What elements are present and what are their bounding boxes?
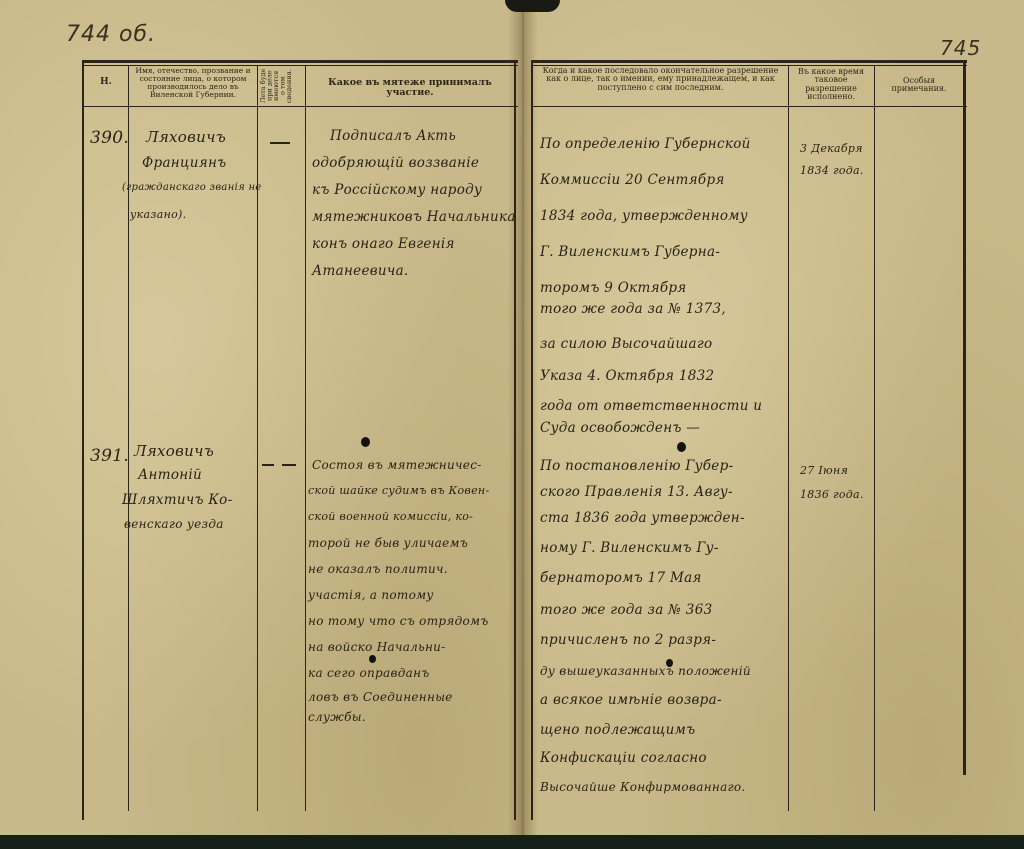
resolution-line: Указа 4. Октября 1832 [540,368,714,384]
name-line: указано). [130,208,186,221]
extra-dash [262,464,274,466]
participation-line: ловъ въ Соединенные [308,690,453,704]
header-rule-left [84,106,518,107]
participation-line: мятежниковъ Начальника [312,209,516,225]
resolution-line: По определенію Губернской [540,136,751,152]
resolution-line: года от ответственности и [540,398,762,414]
participation-line: торой не быв уличаемъ [308,536,468,550]
resolution-line: Конфискаціи согласно [540,750,707,766]
top-rule-left [84,60,518,63]
header-name: Имя, отечество, прозвание и состояние ли… [131,67,255,99]
resolution-line: ского Правленія 13. Авгу- [540,484,733,500]
resolution-line: По постановленію Губер- [540,458,733,474]
executed-line: 1834 года. [800,164,864,177]
extra-dash [270,142,290,144]
paper-hole [677,442,686,452]
participation-line: не оказалъ политич. [308,562,448,576]
left-page [0,0,522,835]
participation-line: участія, а потому [308,588,434,602]
paper-hole [361,437,370,447]
header-rule-right [533,106,967,107]
right-page [522,0,1024,835]
col-rule-no [128,66,129,811]
resolution-line: ному Г. Виленскимъ Гу- [540,540,719,556]
header-participation: Какое въ мятеже принималъ участие. [308,78,512,98]
row-number: 390. [90,128,129,148]
book-gutter [508,0,538,835]
participation-line: Подписалъ Акть [330,128,456,144]
col-rule-outer-left [82,60,84,820]
header-no: Н. [86,78,126,87]
paper-hole [369,655,376,663]
resolution-line: Коммиссіи 20 Сентября [540,172,725,188]
participation-line: на войско Начальни- [308,640,446,654]
header-notes: Особыя примечания. [876,77,962,94]
resolution-line: щено подлежащимъ [540,722,695,738]
name-line: венскаго уезда [124,517,224,531]
participation-line: къ Россійскому народу [312,182,482,198]
col-rule-inner-right [531,60,533,820]
resolution-line: а всякое имѣніе возвра- [540,692,722,708]
col-rule-participation [514,60,516,820]
resolution-line: того же года за № 363 [540,602,712,618]
name-line: Антоній [138,467,202,483]
participation-line: конъ онаго Евгенія [312,236,455,252]
col-rule-outer-right [963,60,966,775]
resolution-line: Высочайше Конфирмованнаго. [540,780,746,794]
col-rule-executed [874,66,875,811]
executed-line: 1836 года. [800,488,864,501]
participation-line: ка сего оправданъ [308,666,430,680]
resolution-line: бернаторомъ 17 Мая [540,570,702,586]
col-rule-extra [305,66,306,811]
scan-background [0,835,1024,849]
folio-right: 745 [940,36,981,60]
resolution-line: Суда освобожденъ — [540,420,700,436]
participation-line: Состоя въ мятежничес- [312,458,482,472]
name-line: Франциянъ [142,155,226,171]
resolution-line: за силою Высочайшаго [540,336,712,352]
book-spread: 744 об. 745 Н. Имя, отечество, прозвание… [0,0,1024,849]
row-number: 391. [90,446,129,466]
resolution-line: 1834 года, утвержденному [540,208,748,224]
top-rule-right [533,60,967,63]
resolution-line: того же года за № 1373, [540,301,726,317]
binding-notch [505,0,560,12]
extra-dash [282,464,296,466]
col-rule-resolution [788,66,789,811]
col-rule-name [257,66,258,811]
participation-line: одобряющій воззваніе [312,155,479,171]
header-executed: Въ какое время таковое разрешение исполн… [790,68,872,102]
participation-line: но тому что съ отрядомъ [308,614,489,628]
header-extra: Лета буде при деле имеются о том сведени… [260,68,302,104]
name-line: Ляховичъ [134,442,214,460]
participation-line: ской шайке судимъ въ Ковен- [308,484,489,497]
resolution-line: ста 1836 года утвержден- [540,510,745,526]
participation-line: службы. [308,710,366,724]
name-line: Шляхтичъ Ко- [122,492,232,508]
executed-line: 27 Іюня [800,464,848,477]
folio-left: 744 об. [66,22,156,47]
executed-line: 3 Декабря [800,142,863,155]
name-line: Ляховичъ [146,128,226,146]
header-resolution: Когда и какое последовало окончательное … [535,67,786,92]
resolution-line: торомъ 9 Октября [540,280,687,296]
resolution-line: причисленъ по 2 разря- [540,632,716,648]
name-line: (гражданскаго званія не [122,182,262,193]
participation-line: Атанеевича. [312,263,409,279]
resolution-line: Г. Виленскимъ Губерна- [540,244,720,260]
paper-hole [666,659,673,667]
resolution-line: ду вышеуказанныхъ положеній [540,664,751,678]
participation-line: ской военной комиссіи, ко- [308,510,473,523]
